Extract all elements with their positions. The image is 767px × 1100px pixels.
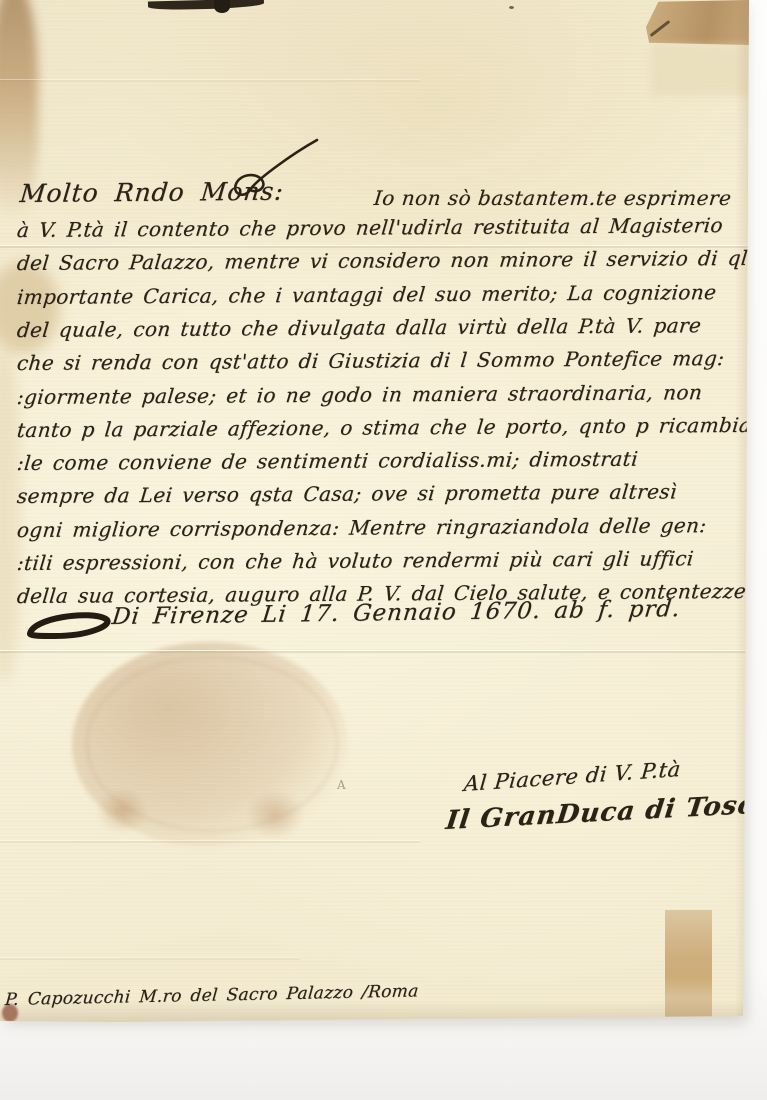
fold-crease-middle — [0, 651, 747, 653]
tape-patch-top-right — [646, 0, 749, 45]
salutation-line: Molto Rndo Mons: — [19, 177, 286, 208]
manuscript-line: à V. P.tà il contento che provo nell'udi… — [16, 213, 724, 242]
opening-line: Io non sò bastantem.te esprimere — [373, 186, 733, 210]
paper-edge-shading-right — [735, 0, 751, 1026]
fold-crease-bottom — [0, 958, 300, 960]
fold-crease-lower — [0, 841, 420, 843]
manuscript-line: :le come conviene de sentimenti cordiali… — [16, 447, 639, 475]
fold-crease-top — [0, 80, 420, 82]
manuscript-line: :giormente palese; et io ne godo in mani… — [16, 380, 704, 409]
stain-drip-left — [96, 788, 148, 834]
manuscript-line: ogni migliore corrispondenza: Mentre rin… — [16, 513, 708, 542]
manuscript-line: :tili espressioni, con che hà voluto ren… — [16, 546, 695, 575]
scan-background: Molto Rndo Mons: Io non sò bastantem.te … — [0, 0, 767, 1100]
stray-pencil-mark: A — [337, 778, 346, 792]
ink-smudge-top-edge-blob — [214, 0, 230, 13]
stain-drip-right — [246, 790, 304, 840]
manuscript-line: importante Carica, che i vantaggi del su… — [16, 280, 718, 309]
manuscript-line: tanto p la parziale affezione, o stima c… — [16, 413, 767, 442]
ink-oval-flourish-icon — [24, 606, 114, 642]
faded-patch-top-right — [652, 44, 748, 96]
ink-speck-top — [509, 6, 514, 9]
letter-paper: Molto Rndo Mons: Io non sò bastantem.te … — [0, 0, 751, 1026]
manuscript-line: del quale, con tutto che divulgata dalla… — [16, 313, 703, 342]
